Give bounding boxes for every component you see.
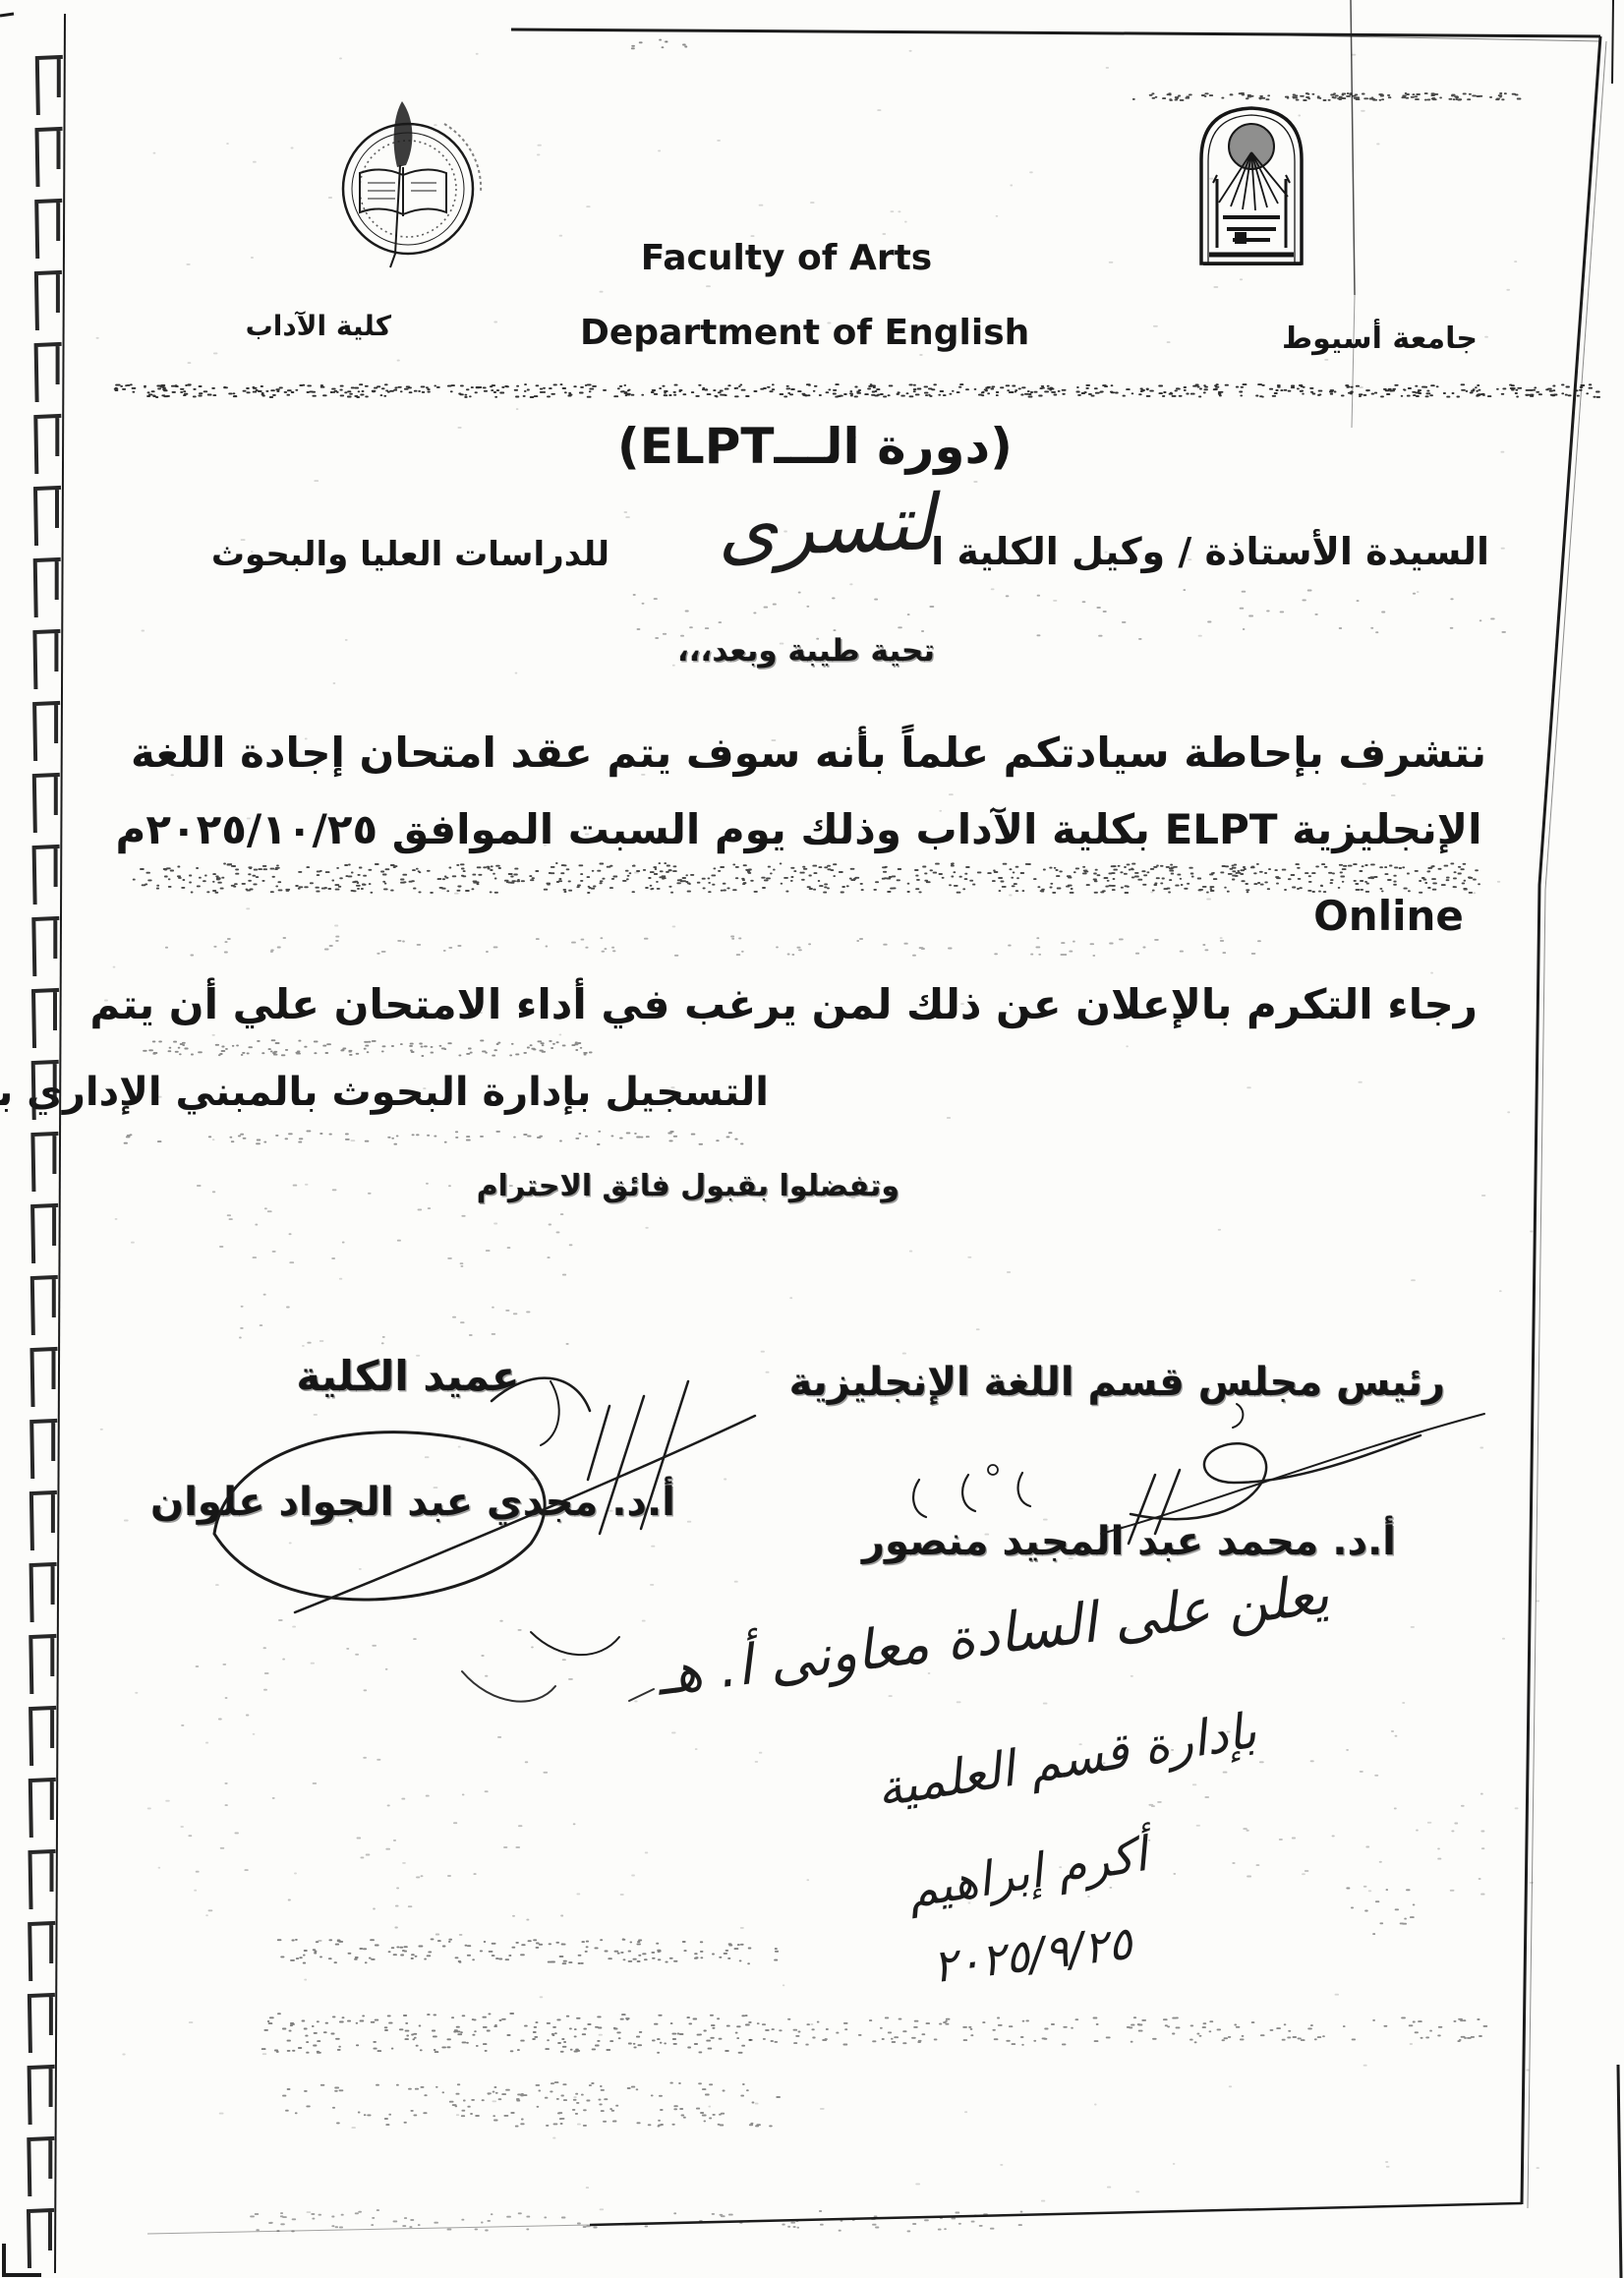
binding-marks bbox=[29, 57, 61, 2266]
letterhead-university-ar: جامعة أسيوط bbox=[1286, 322, 1478, 357]
signature-dean-title: عميد الكلية bbox=[295, 1353, 521, 1400]
handwritten-note-date: ٢٠٢٥/٩/٢٥ bbox=[883, 1911, 1182, 1999]
faculty-seal-icon bbox=[343, 101, 481, 267]
online-note: Online bbox=[1303, 893, 1475, 940]
greeting-line: تحية طيبة وبعد،،، bbox=[668, 634, 944, 670]
signature-head-title: رئيس مجلس قسم اللغة الإنجليزية bbox=[865, 1360, 1445, 1405]
handwritten-note-line1: يعلن على السادة معاونى أ. هـ bbox=[638, 1561, 1348, 1711]
university-logo-icon bbox=[1201, 108, 1302, 264]
handwritten-note-line2: بإدارة قسم العلمية bbox=[863, 1701, 1270, 1820]
addressee-handwritten-name: لتسرى bbox=[609, 476, 1044, 579]
closing-line: وتفضلوا بقبول فائق الاحترام bbox=[605, 1170, 899, 1204]
scan-noise-speckles bbox=[97, 40, 1600, 2232]
signature-dean-name: أ.د. مجدي عبد الجواد علوان bbox=[133, 1480, 693, 1525]
letterhead-department-en: Department of English bbox=[580, 313, 1022, 353]
letterhead-faculty-en: Faculty of Arts bbox=[590, 238, 983, 278]
letterhead-faculty-ar: كلية الآداب bbox=[254, 311, 391, 342]
signature-head-name: أ.د. محمد عبد المجيد منصور bbox=[973, 1519, 1396, 1564]
body-para2-line1: رجاء التكرم بالإعلان عن ذلك لمن يرغب في … bbox=[126, 981, 1478, 1028]
addressee-suffix: للدراسات العليا والبحوث bbox=[315, 536, 609, 574]
body-para1-line2: الإنجليزية ELPT بكلية الآداب وذلك يوم ال… bbox=[108, 806, 1489, 853]
body-para1-line1: نتشرف بإحاطة سيادتكم علماً بأنه سوف يتم … bbox=[123, 730, 1494, 777]
scanned-letter-page: Faculty of Arts Department of English كل… bbox=[0, 0, 1624, 2278]
letter-title: (دورة الـــELPT) bbox=[619, 419, 1013, 476]
scan-fold-line bbox=[1351, 0, 1355, 428]
addressee-prefix: السيدة الأستاذة / وكيل الكلية ا bbox=[1086, 531, 1489, 574]
body-para2-line2: التسجيل بإدارة البحوث بالمبني الإداري با… bbox=[110, 1070, 769, 1115]
handwritten-note-line3: أكرم إبراهيم bbox=[887, 1825, 1167, 1921]
